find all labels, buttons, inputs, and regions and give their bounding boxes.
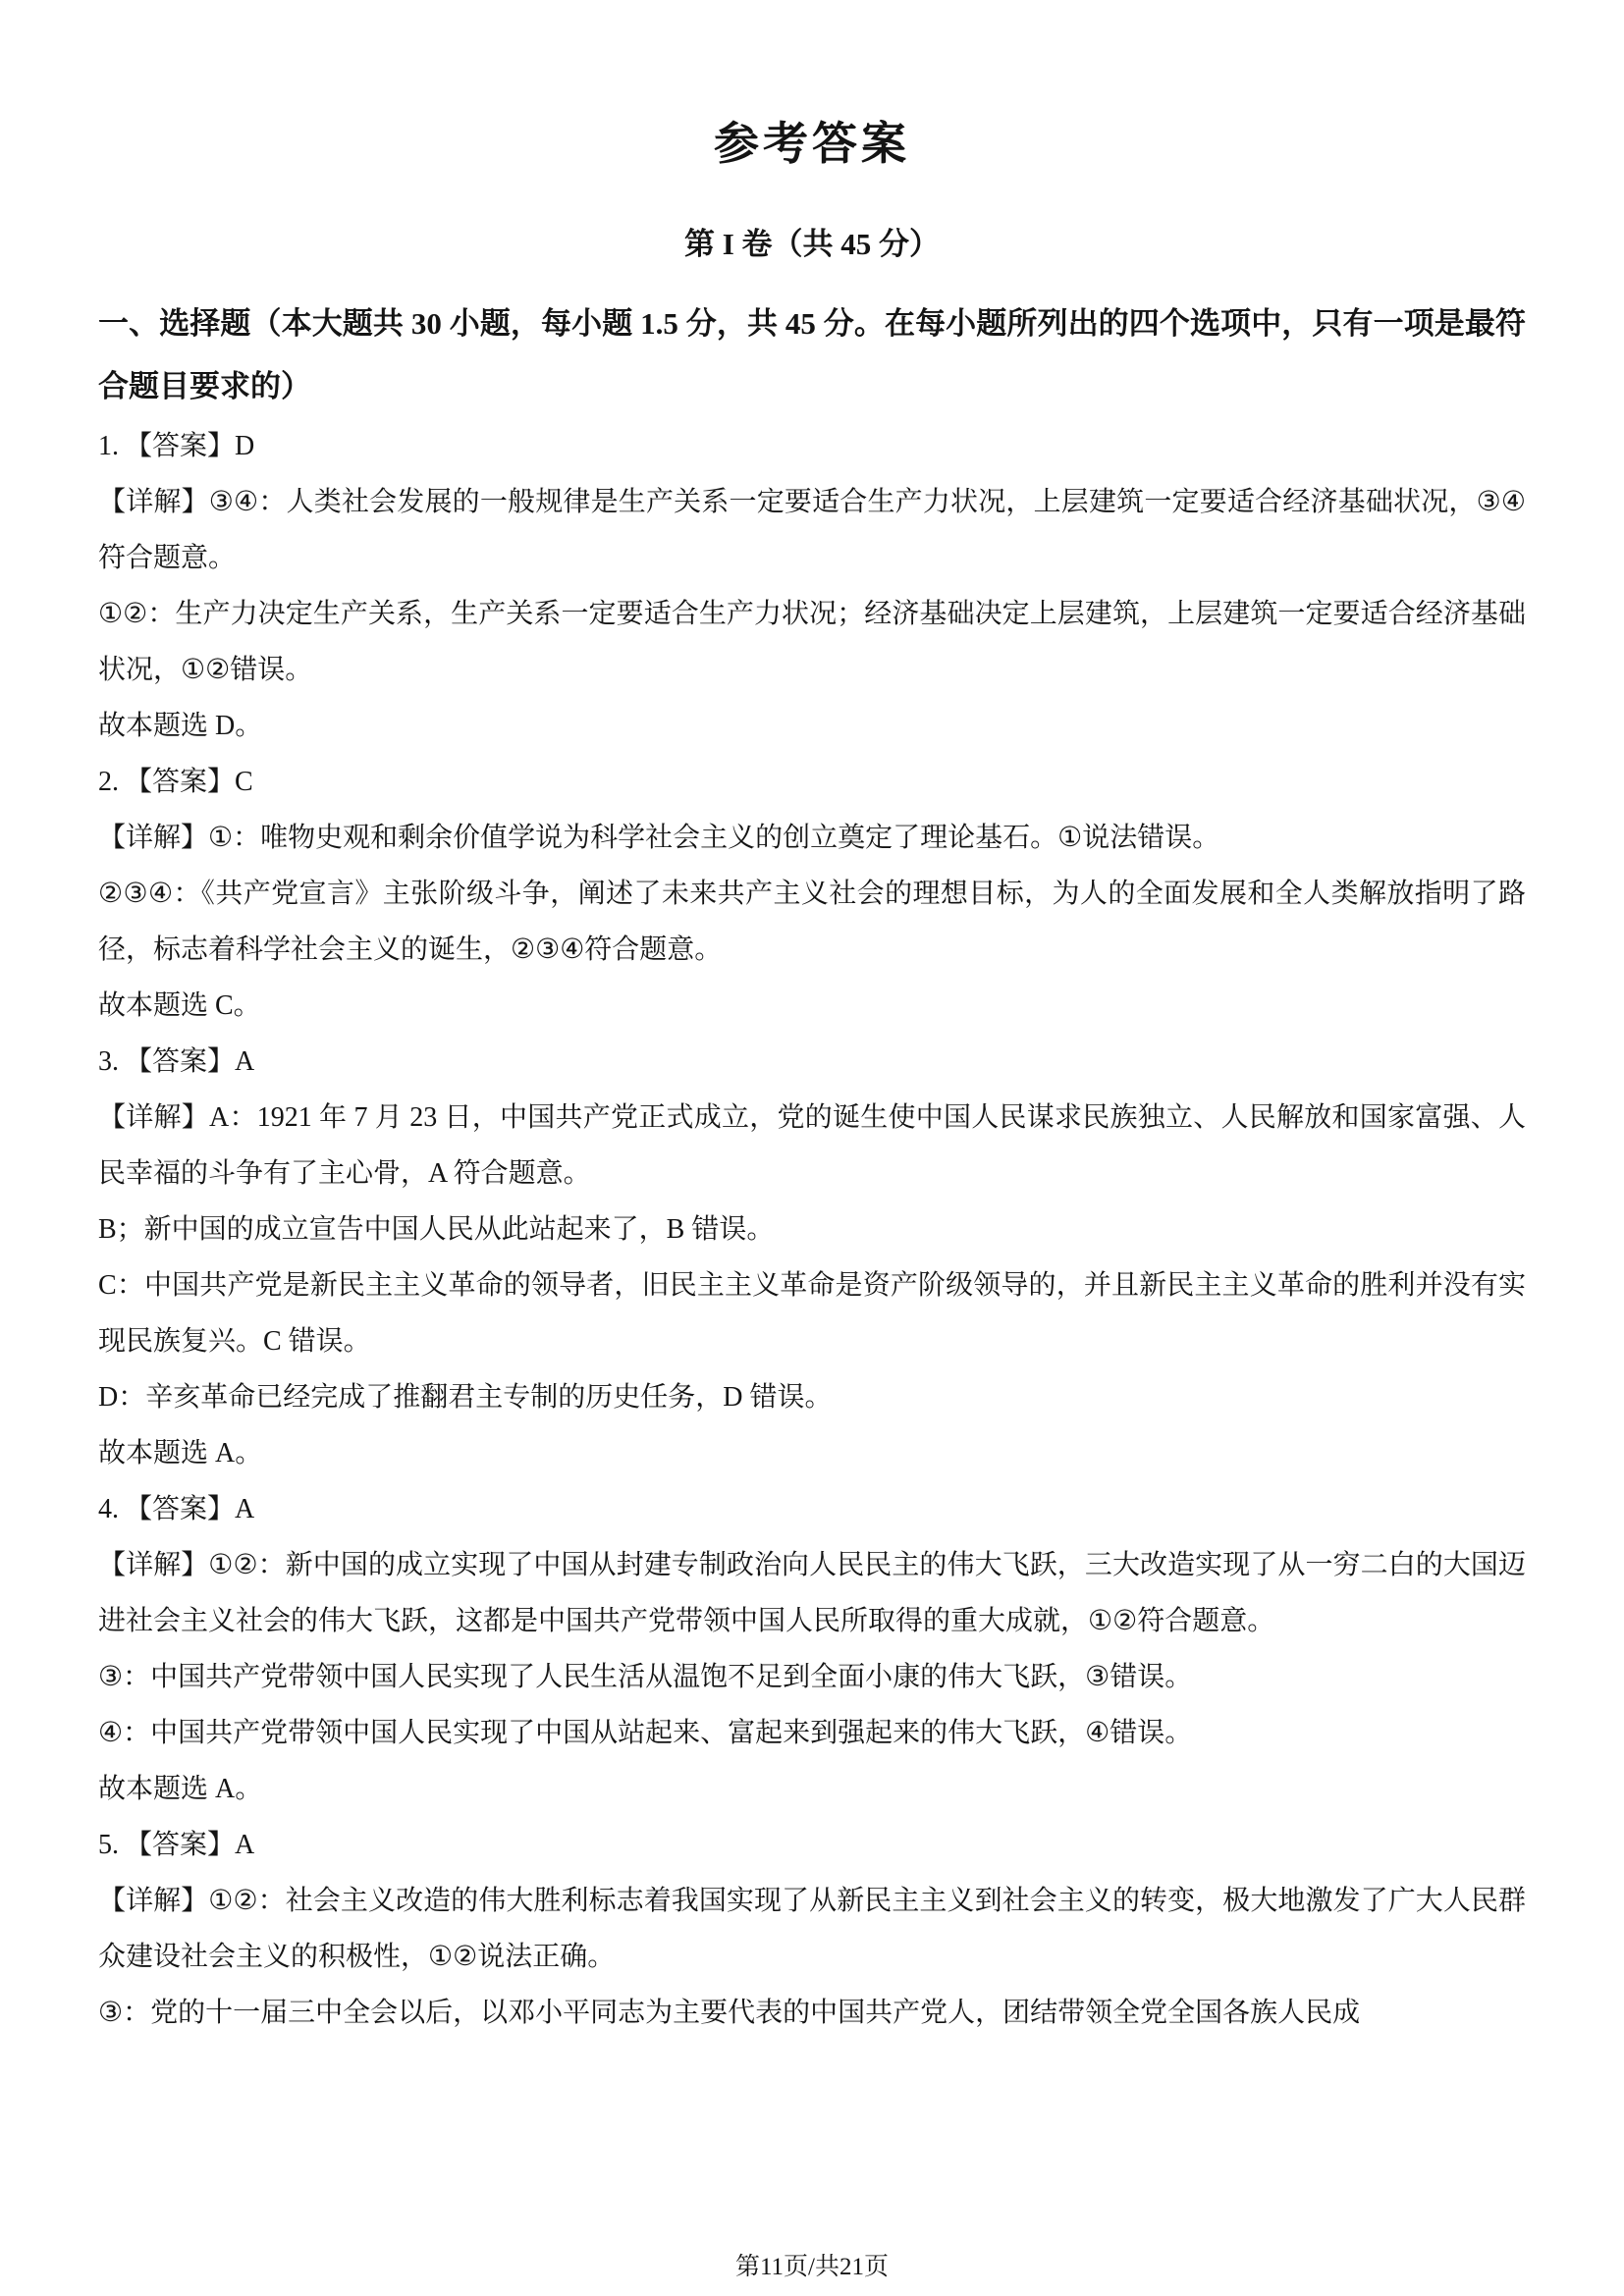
explanation-paragraph: B；新中国的成立宣告中国人民从此站起来了，B 错误。 <box>98 1201 1526 1257</box>
answer-label: 【答案】 <box>125 1494 235 1524</box>
question-number: 2. <box>98 767 119 797</box>
answer-block-1: 1.【答案】D 【详解】③④：人类社会发展的一般规律是生产关系一定要适合生产力状… <box>98 418 1526 754</box>
question-number: 4. <box>98 1494 119 1524</box>
explanation-paragraph: D：辛亥革命已经完成了推翻君主专制的历史任务，D 错误。 <box>98 1369 1526 1425</box>
question-number: 3. <box>98 1046 119 1077</box>
answer-block-3: 3.【答案】A 【详解】A：1921 年 7 月 23 日，中国共产党正式成立，… <box>98 1034 1526 1481</box>
answer-line: 4.【答案】A <box>98 1481 1526 1537</box>
answer-line: 3.【答案】A <box>98 1034 1526 1090</box>
answer-block-4: 4.【答案】A 【详解】①②：新中国的成立实现了中国从封建专制政治向人民民主的伟… <box>98 1481 1526 1817</box>
explanation-paragraph: 【详解】③④：人类社会发展的一般规律是生产关系一定要适合生产力状况，上层建筑一定… <box>98 474 1526 586</box>
answer-label: 【答案】 <box>125 767 235 797</box>
answer-choice: A <box>235 1830 254 1860</box>
page-number: 第11页/共21页 <box>0 2253 1624 2282</box>
answer-label: 【答案】 <box>125 431 235 461</box>
answer-block-2: 2.【答案】C 【详解】①：唯物史观和剩余价值学说为科学社会主义的创立奠定了理论… <box>98 754 1526 1034</box>
answer-choice: C <box>235 767 253 797</box>
question-number: 1. <box>98 431 119 461</box>
answer-line: 1.【答案】D <box>98 418 1526 474</box>
question-number: 5. <box>98 1830 119 1860</box>
explanation-paragraph: 【详解】A：1921 年 7 月 23 日，中国共产党正式成立，党的诞生使中国人… <box>98 1090 1526 1201</box>
document-page: 参考答案 第 I 卷（共 45 分） 一、选择题（本大题共 30 小题，每小题 … <box>0 0 1624 2296</box>
explanation-paragraph: ③：中国共产党带领中国人民实现了人民生活从温饱不足到全面小康的伟大飞跃，③错误。 <box>98 1649 1526 1705</box>
answer-label: 【答案】 <box>125 1046 235 1077</box>
page-content: 参考答案 第 I 卷（共 45 分） 一、选择题（本大题共 30 小题，每小题 … <box>0 0 1624 2041</box>
conclusion-line: 故本题选 A。 <box>98 1425 1526 1481</box>
explanation-paragraph: ②③④：《共产党宣言》主张阶级斗争，阐述了未来共产主义社会的理想目标，为人的全面… <box>98 866 1526 978</box>
answer-label: 【答案】 <box>125 1830 235 1860</box>
answer-line: 2.【答案】C <box>98 754 1526 810</box>
answer-block-5: 5.【答案】A 【详解】①②：社会主义改造的伟大胜利标志着我国实现了从新民主主义… <box>98 1817 1526 2041</box>
answer-choice: A <box>235 1494 254 1524</box>
answer-choice: D <box>235 431 254 461</box>
explanation-paragraph: 【详解】①：唯物史观和剩余价值学说为科学社会主义的创立奠定了理论基石。①说法错误… <box>98 810 1526 866</box>
explanation-paragraph: C：中国共产党是新民主主义革命的领导者，旧民主主义革命是资产阶级领导的，并且新民… <box>98 1257 1526 1369</box>
conclusion-line: 故本题选 A。 <box>98 1761 1526 1817</box>
explanation-paragraph: ③：党的十一届三中全会以后，以邓小平同志为主要代表的中国共产党人，团结带领全党全… <box>98 1985 1526 2041</box>
section-heading: 一、选择题（本大题共 30 小题，每小题 1.5 分，共 45 分。在每小题所列… <box>98 293 1526 418</box>
explanation-paragraph: ④：中国共产党带领中国人民实现了中国从站起来、富起来到强起来的伟大飞跃，④错误。 <box>98 1705 1526 1761</box>
volume-subtitle: 第 I 卷（共 45 分） <box>98 224 1526 265</box>
explanation-paragraph: ①②：生产力决定生产关系，生产关系一定要适合生产力状况；经济基础决定上层建筑，上… <box>98 586 1526 698</box>
conclusion-line: 故本题选 D。 <box>98 698 1526 754</box>
answer-line: 5.【答案】A <box>98 1817 1526 1873</box>
page-title: 参考答案 <box>98 0 1526 175</box>
explanation-paragraph: 【详解】①②：新中国的成立实现了中国从封建专制政治向人民民主的伟大飞跃，三大改造… <box>98 1537 1526 1649</box>
conclusion-line: 故本题选 C。 <box>98 978 1526 1034</box>
explanation-paragraph: 【详解】①②：社会主义改造的伟大胜利标志着我国实现了从新民主主义到社会主义的转变… <box>98 1873 1526 1985</box>
answer-choice: A <box>235 1046 254 1077</box>
